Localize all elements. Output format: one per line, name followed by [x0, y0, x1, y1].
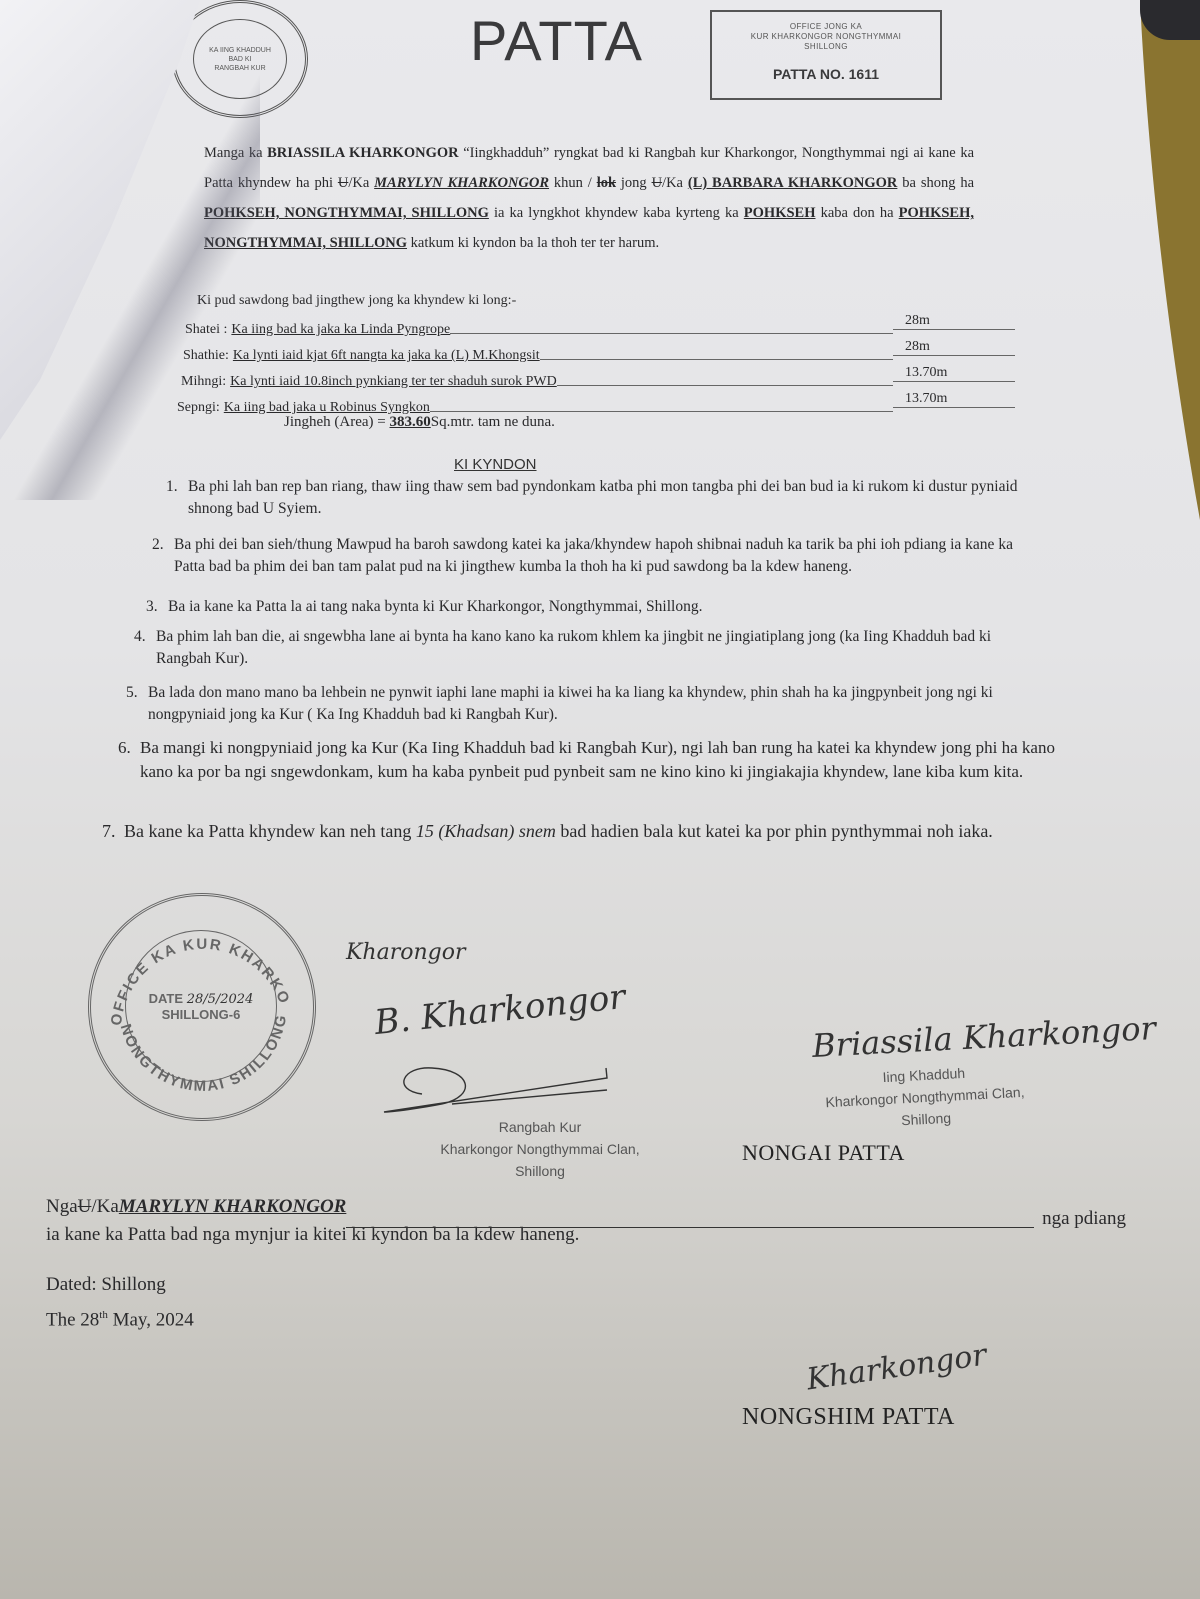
condition-item: 1.Ba phi lah ban rep ban riang, thaw iin…: [188, 476, 1028, 520]
boundary-line: [450, 333, 893, 334]
signature-nongshim: Kharkongor: [804, 1338, 988, 1398]
condition-number: 4.: [134, 626, 146, 648]
land-name: POHKSEH: [744, 205, 816, 221]
condition-number: 6.: [118, 736, 131, 760]
document-title: PATTA: [470, 8, 643, 73]
conditions-heading: KI KYNDON: [454, 456, 537, 473]
condition-item: 2.Ba phi dei ban sieh/thung Mawpud ha ba…: [174, 534, 1036, 578]
condition-number: 5.: [126, 682, 138, 704]
acceptance-text: Nga: [46, 1196, 78, 1218]
condition-item: 5.Ba lada don mano mano ba lehbein ne py…: [148, 682, 1058, 726]
acceptance-line-1: Nga U/Ka MARYLYN KHARKONGOR nga pdiang: [46, 1196, 1126, 1218]
condition-text: Ba phi dei ban sieh/thung Mawpud ha baro…: [174, 536, 1013, 575]
intro-text: jong: [616, 175, 652, 191]
nongai-patta-label: NONGAI PATTA: [742, 1140, 905, 1166]
office-box: OFFICE JONG KA KUR KHARKONGOR NONGTHYMMA…: [710, 10, 942, 100]
intro-text: ia ka lyngkhot khyndew kaba kyrteng ka: [489, 205, 744, 221]
condition-text: Ba mangi ki nongpyniaid jong ka Kur (Ka …: [140, 738, 1055, 781]
intro-text: /Ka: [348, 175, 374, 191]
boundary-row: Shathie: Ka lynti iaid kjat 6ft nangta k…: [183, 338, 1015, 364]
date-month-year: May, 2024: [108, 1309, 194, 1330]
condition-item: 7.Ba kane ka Patta khyndew kan neh tang …: [124, 818, 1084, 844]
signature-2: B. Kharkongor: [373, 977, 628, 1043]
desk-background: [1140, 0, 1200, 40]
boundary-line: [557, 385, 893, 386]
condition-text: bad hadien bala kut katei ka por phin py…: [556, 821, 993, 841]
boundary-measure: 28m: [893, 313, 1015, 330]
stamp-date: DATE 28/5/2024: [149, 991, 254, 1007]
parent-name: (L) BARBARA KHARKONGOR: [688, 175, 898, 191]
stamp-date-value: 28/5/2024: [187, 992, 254, 1007]
condition-duration: 15 (Khadsan) snem: [416, 821, 556, 841]
struck-prefix: U: [338, 175, 348, 191]
condition-text: Ba lada don mano mano ba lehbein ne pynw…: [148, 684, 993, 723]
seal-inner: KA IING KHADDUH BAD KI RANGBAH KUR: [193, 19, 287, 99]
nongshim-patta-label: NONGSHIM PATTA: [742, 1404, 955, 1431]
stamp-date-label: DATE: [149, 991, 183, 1006]
office-line-1: OFFICE JONG KA: [712, 22, 940, 32]
condition-number: 2.: [152, 534, 164, 556]
iing-khadduh-block: Iing Khadduh Kharkongor Nongthymmai Clan…: [788, 1057, 1061, 1137]
issuer-name: BRIASSILA KHARKONGOR: [267, 145, 459, 161]
area-value: 383.60: [390, 414, 431, 430]
signature-4-scribble: [382, 1060, 642, 1120]
acceptance-statement: Nga U/Ka MARYLYN KHARKONGOR nga pdiang i…: [46, 1196, 1126, 1246]
intro-text: /Ka: [662, 175, 688, 191]
stamp-inner: DATE 28/5/2024 SHILLONG-6: [125, 930, 277, 1082]
condition-text: Ba ia kane ka Patta la ai tang naka bynt…: [168, 598, 702, 615]
acceptance-text: /Ka: [91, 1196, 118, 1218]
seal-line-2: BAD KI: [229, 55, 252, 64]
patta-number: PATTA NO. 1611: [712, 66, 940, 82]
seal-line-1: KA IING KHADDUH: [209, 46, 271, 55]
boundary-description: Ka lynti iaid 10.8inch pynkiang ter ter …: [230, 374, 557, 390]
boundary-measure: 28m: [893, 339, 1015, 356]
stamp-city: SHILLONG-6: [162, 1007, 241, 1022]
condition-item: 4.Ba phim lah ban die, ai sngewbha lane …: [156, 626, 1046, 670]
intro-text: ba shong ha: [897, 175, 974, 191]
dated-place: Dated: Shillong: [46, 1270, 194, 1300]
boundary-direction: Shathie:: [183, 348, 229, 364]
boundary-description: Ka lynti iaid kjat 6ft nangta ka jaka ka…: [233, 348, 540, 364]
condition-number: 7.: [102, 818, 116, 844]
condition-item: 6.Ba mangi ki nongpyniaid jong ka Kur (K…: [140, 736, 1075, 784]
boundary-measure: 13.70m: [893, 391, 1015, 408]
boundary-description: Ka iing bad ka jaka ka Linda Pyngrope: [231, 322, 450, 338]
condition-number: 3.: [146, 596, 158, 618]
boundaries-intro: Ki pud sawdong bad jingthew jong ka khyn…: [197, 290, 1015, 312]
boundary-measure: 13.70m: [893, 365, 1015, 382]
boundary-line: [540, 359, 893, 360]
signature-3: Briassila Kharkongor: [811, 1009, 1156, 1065]
rangbah-kur-block: Rangbah Kur Kharkongor Nongthymmai Clan,…: [430, 1116, 650, 1182]
office-stamp: OFFICE KA KUR KHARKONGOR NONGTHYMMAI SHI…: [88, 893, 316, 1121]
date-prefix: The 28: [46, 1309, 99, 1330]
condition-text: Ba phi lah ban rep ban riang, thaw iing …: [188, 478, 1018, 517]
rangbah-line-3: Shillong: [430, 1160, 650, 1182]
area-label: Jingheh (Area) =: [284, 414, 390, 430]
office-line-3: SHILLONG: [712, 42, 940, 52]
boundary-direction: Sepngi:: [177, 400, 220, 416]
boundary-line: [430, 411, 893, 412]
document-page: KA IING KHADDUH BAD KI RANGBAH KUR PATTA…: [0, 0, 1200, 1599]
boundary-direction: Shatei :: [185, 322, 227, 338]
signature-1: Kharongor: [346, 940, 466, 965]
dated-date: The 28th May, 2024: [46, 1300, 194, 1335]
boundary-direction: Mihngi:: [181, 374, 226, 390]
rangbah-title: Rangbah Kur: [430, 1116, 650, 1138]
area-suffix: Sq.mtr. tam ne duna.: [431, 414, 555, 430]
intro-text: Manga ka: [204, 145, 267, 161]
intro-text: khun /: [549, 175, 597, 191]
intro-text: kaba don ha: [816, 205, 899, 221]
grantee-name: MARYLYN KHARKONGOR: [374, 175, 549, 191]
acceptance-text: nga pdiang: [1042, 1208, 1126, 1230]
boundary-row: Mihngi: Ka lynti iaid 10.8inch pynkiang …: [181, 364, 1015, 390]
area-line: Jingheh (Area) = 383.60Sq.mtr. tam ne du…: [284, 414, 555, 431]
intro-paragraph: Manga ka BRIASSILA KHARKONGOR “Iingkhadd…: [204, 138, 974, 258]
boundaries-section: Ki pud sawdong bad jingthew jong ka khyn…: [175, 290, 1015, 416]
struck-lok: lok: [597, 175, 616, 191]
date-suffix: th: [99, 1309, 108, 1321]
boundary-row: Shatei : Ka iing bad ka jaka ka Linda Py…: [185, 312, 1015, 338]
condition-item: 3.Ba ia kane ka Patta la ai tang naka by…: [168, 596, 1038, 618]
boundary-row: Sepngi: Ka iing bad jaka u Robinus Syngk…: [177, 390, 1015, 416]
struck-prefix: U: [78, 1196, 92, 1218]
residence: POHKSEH, NONGTHYMMAI, SHILLONG: [204, 205, 489, 221]
acceptor-name: MARYLYN KHARKONGOR: [119, 1196, 347, 1218]
office-line-2: KUR KHARKONGOR NONGTHYMMAI: [712, 32, 940, 42]
rangbah-line-2: Kharkongor Nongthymmai Clan,: [430, 1138, 650, 1160]
struck-prefix: U: [652, 175, 662, 191]
condition-text: Ba phim lah ban die, ai sngewbha lane ai…: [156, 628, 991, 667]
intro-text: katkum ki kyndon ba la thoh ter ter haru…: [407, 235, 659, 251]
condition-number: 1.: [166, 476, 178, 498]
dated-block: Dated: Shillong The 28th May, 2024: [46, 1270, 194, 1335]
condition-text: Ba kane ka Patta khyndew kan neh tang: [124, 821, 416, 841]
acceptance-underline: [346, 1227, 1034, 1228]
seal-line-3: RANGBAH KUR: [214, 64, 265, 73]
